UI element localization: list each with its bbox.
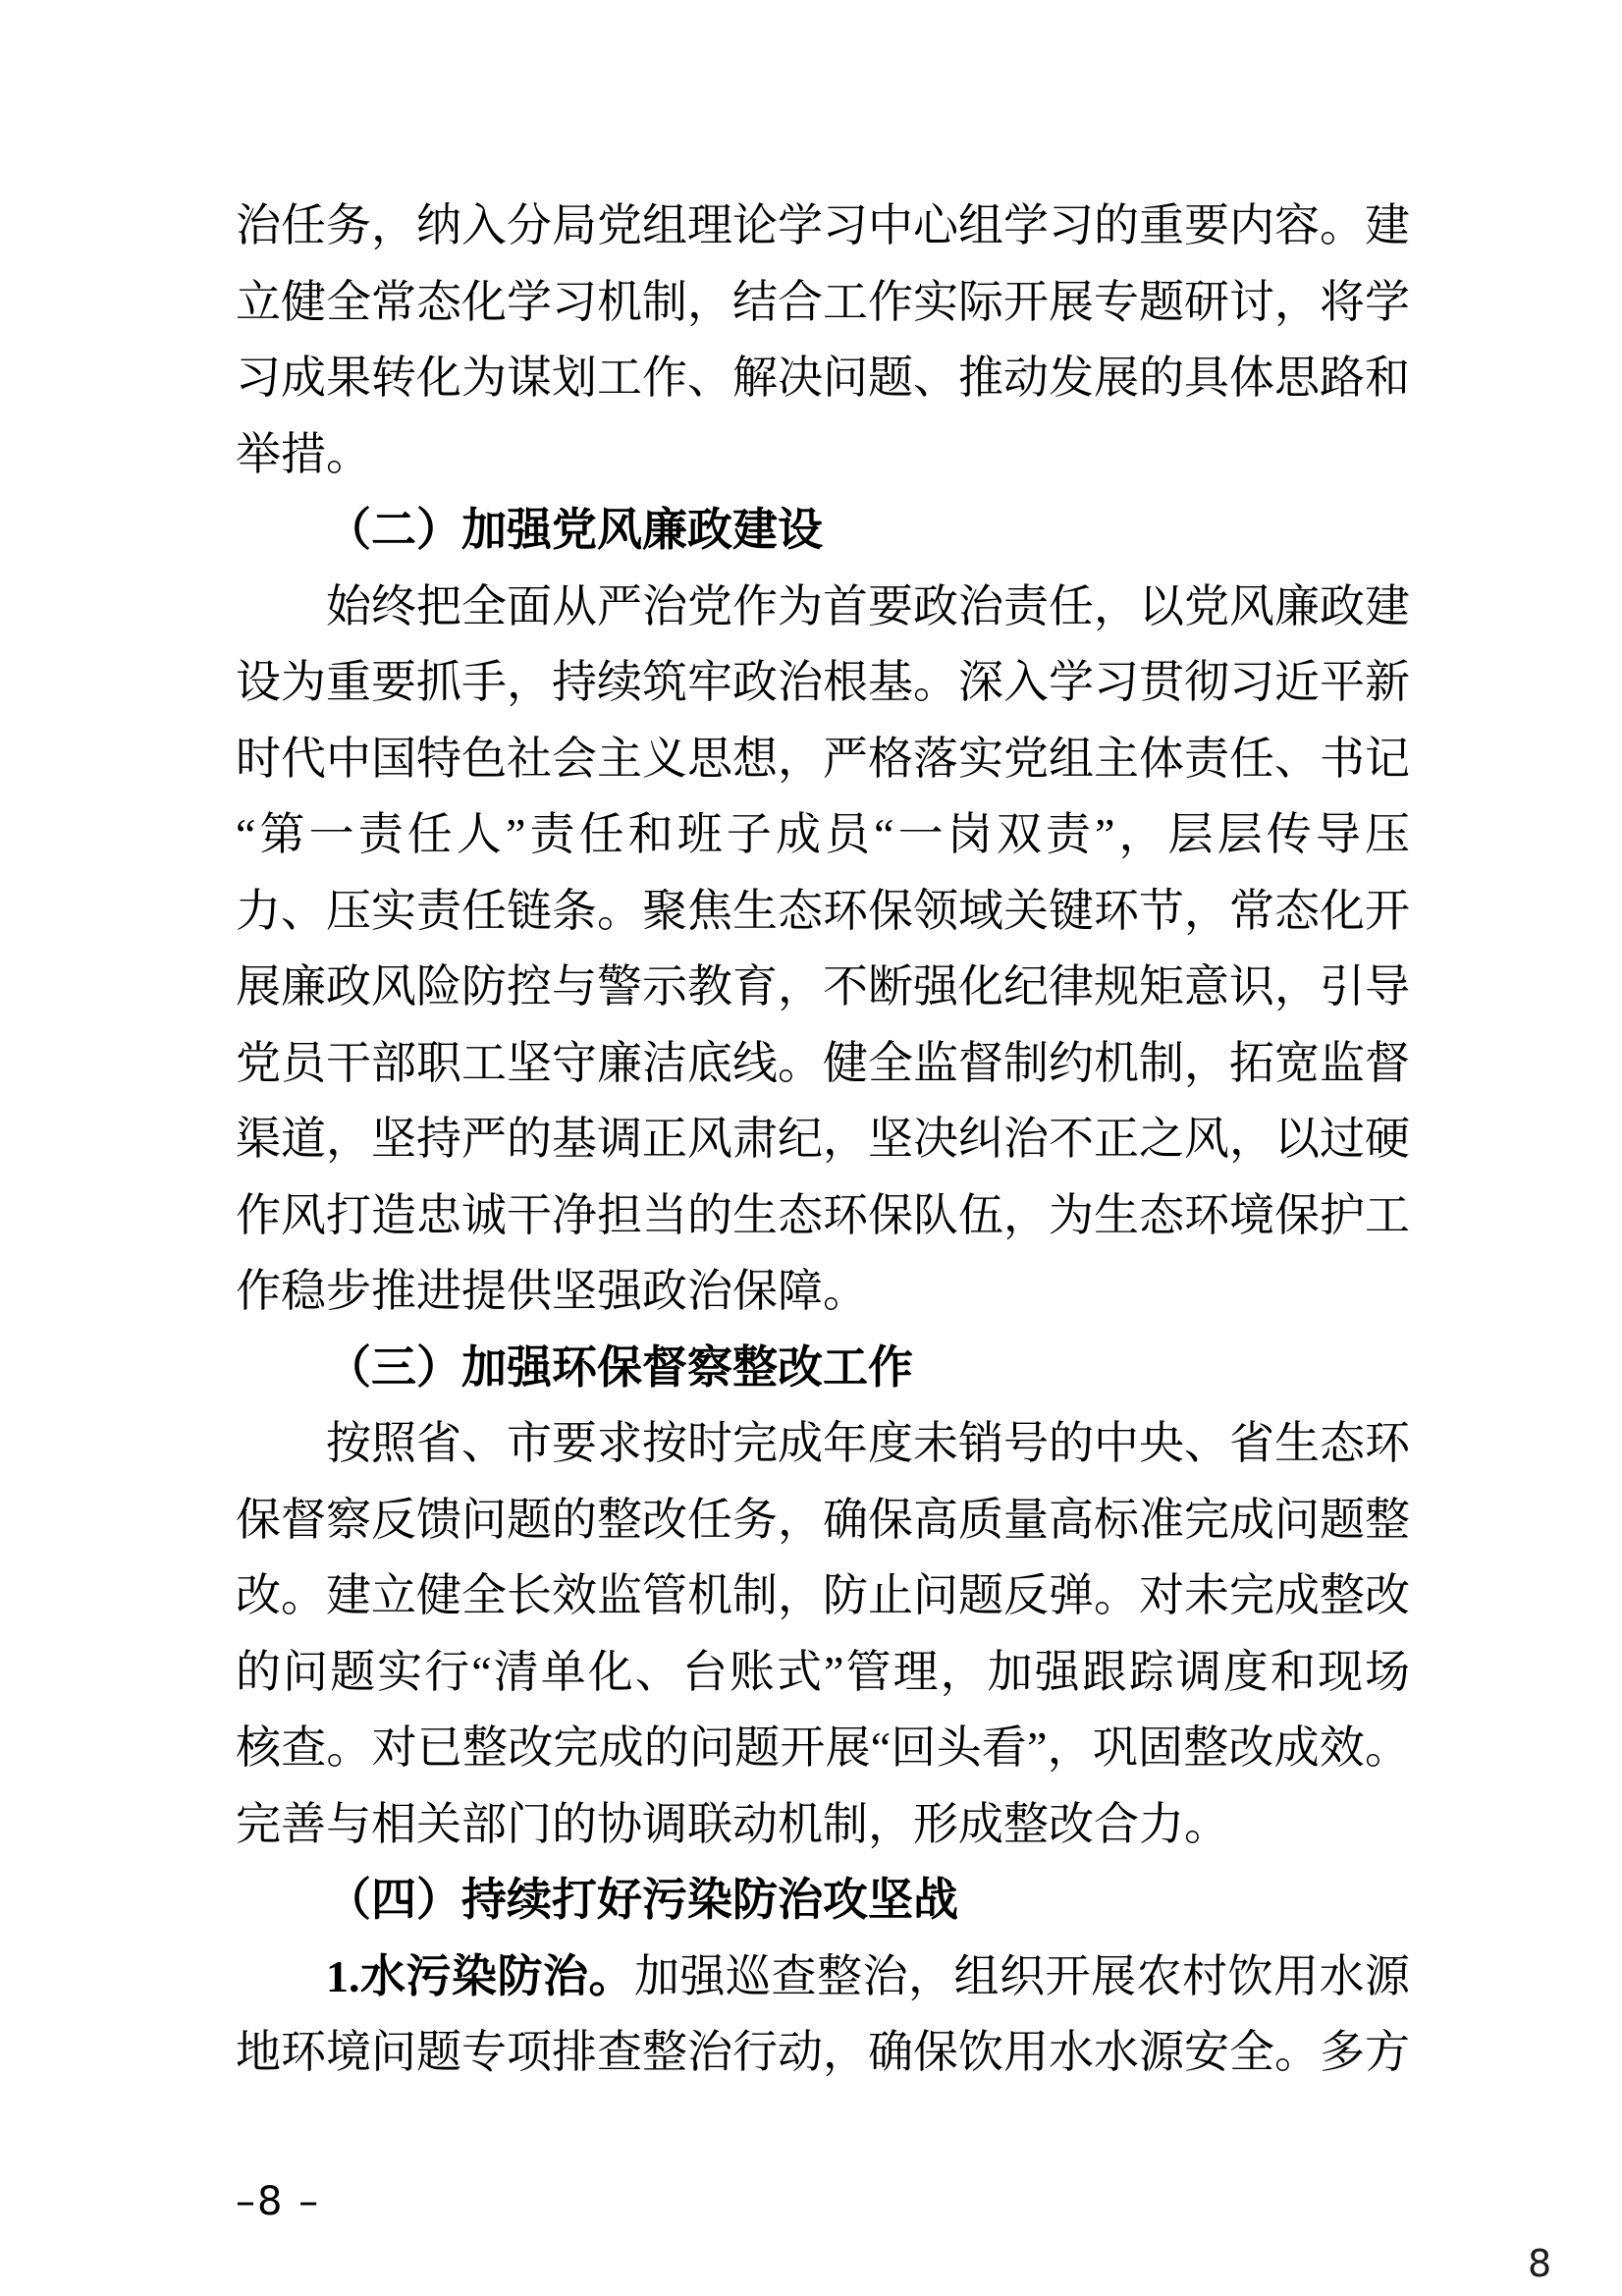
footer-page-number: –8 –: [236, 2172, 320, 2231]
section-heading: （二）加强党风廉政建设: [236, 492, 1410, 569]
text-run: 的问题实行“清单化、台账式”管理，加强跟踪调度和现场: [236, 1647, 1410, 1697]
text-run: 作稳步推进提供坚强政治保障。: [236, 1266, 868, 1316]
text-line: 设为重要抓手，持续筑牢政治根基。深入学习贯彻习近平新: [236, 644, 1410, 721]
text-line: 举措。: [236, 416, 1410, 493]
text-line: 地环境问题专项排查整治行动，确保饮用水水源安全。多方: [236, 2014, 1410, 2091]
section-heading: （三）加强环保督察整改工作: [236, 1330, 1410, 1406]
document-page: 治任务，纳入分局党组理论学习中心组学习的重要内容。建立健全常态化学习机制，结合工…: [0, 0, 1622, 2296]
text-line: 1.水污染防治。加强巡查整治，组织开展农村饮用水源: [236, 1939, 1410, 2015]
text-line: 展廉政风险防控与警示教育，不断强化纪律规矩意识，引导: [236, 949, 1410, 1025]
text-run: 始终把全面从严治党作为首要政治责任，以党风廉政建: [326, 581, 1410, 631]
text-run: 举措。: [236, 429, 371, 479]
bold-run: 1.水污染防治。: [326, 1951, 634, 2001]
text-line: 渠道，坚持严的基调正风肃纪，坚决纠治不正之风，以过硬: [236, 1101, 1410, 1177]
text-run: （二）加强党风廉政建设: [326, 505, 823, 555]
text-run: （四）持续打好污染防治攻坚战: [326, 1875, 958, 1925]
text-line: 力、压实责任链条。聚焦生态环保领域关键环节，常态化开: [236, 873, 1410, 950]
text-run: 渠道，坚持严的基调正风肃纪，坚决纠治不正之风，以过硬: [236, 1114, 1410, 1164]
text-run: 地环境问题专项排查整治行动，确保饮用水水源安全。多方: [236, 2027, 1410, 2077]
text-line: 作风打造忠诚干净担当的生态环保队伍，为生态环境保护工: [236, 1177, 1410, 1254]
text-run: 保督察反馈问题的整改任务，确保高质量高标准完成问题整: [236, 1495, 1410, 1545]
text-line: 按照省、市要求按时完成年度未销号的中央、省生态环: [236, 1405, 1410, 1482]
text-line: 作稳步推进提供坚强政治保障。: [236, 1253, 1410, 1330]
text-line: 的问题实行“清单化、台账式”管理，加强跟踪调度和现场: [236, 1634, 1410, 1711]
text-run: 改。建立健全长效监管机制，防止问题反弹。对未完成整改: [236, 1570, 1410, 1620]
text-run: 按照省、市要求按时完成年度未销号的中央、省生态环: [326, 1418, 1410, 1468]
text-line: 立健全常态化学习机制，结合工作实际开展专题研讨，将学: [236, 264, 1410, 341]
text-run: 展廉政风险防控与警示教育，不断强化纪律规矩意识，引导: [236, 961, 1410, 1011]
text-line: 始终把全面从严治党作为首要政治责任，以党风廉政建: [236, 569, 1410, 645]
text-run: 核查。对已整改完成的问题开展“回头看”，巩固整改成效。: [236, 1722, 1410, 1773]
text-run: 立健全常态化学习机制，结合工作实际开展专题研讨，将学: [236, 277, 1410, 327]
text-line: 治任务，纳入分局党组理论学习中心组学习的重要内容。建: [236, 188, 1410, 264]
text-line: 核查。对已整改完成的问题开展“回头看”，巩固整改成效。: [236, 1710, 1410, 1786]
text-run: 加强巡查整治，组织开展农村饮用水源: [634, 1951, 1410, 2001]
text-run: 作风打造忠诚干净担当的生态环保队伍，为生态环境保护工: [236, 1190, 1410, 1240]
text-run: （三）加强环保督察整改工作: [326, 1342, 913, 1393]
text-line: 改。建立健全长效监管机制，防止问题反弹。对未完成整改: [236, 1558, 1410, 1634]
text-run: 时代中国特色社会主义思想，严格落实党组主体责任、书记: [236, 734, 1410, 784]
text-run: 完善与相关部门的协调联动机制，形成整改合力。: [236, 1799, 1229, 1849]
document-body: 治任务，纳入分局党组理论学习中心组学习的重要内容。建立健全常态化学习机制，结合工…: [236, 188, 1410, 2091]
section-heading: （四）持续打好污染防治攻坚战: [236, 1862, 1410, 1939]
text-run: 设为重要抓手，持续筑牢政治根基。深入学习贯彻习近平新: [236, 657, 1410, 707]
text-line: 习成果转化为谋划工作、解决问题、推动发展的具体思路和: [236, 340, 1410, 416]
text-line: 党员干部职工坚守廉洁底线。健全监督制约机制，拓宽监督: [236, 1025, 1410, 1102]
text-run: 治任务，纳入分局党组理论学习中心组学习的重要内容。建: [236, 200, 1410, 250]
corner-page-number: 8: [1528, 2241, 1551, 2286]
text-run: “第一责任人”责任和班子成员“一岗双责”，层层传导压: [236, 809, 1410, 859]
text-line: “第一责任人”责任和班子成员“一岗双责”，层层传导压: [236, 796, 1410, 873]
text-run: 党员干部职工坚守廉洁底线。健全监督制约机制，拓宽监督: [236, 1038, 1410, 1088]
text-line: 保督察反馈问题的整改任务，确保高质量高标准完成问题整: [236, 1482, 1410, 1558]
text-run: 力、压实责任链条。聚焦生态环保领域关键环节，常态化开: [236, 886, 1410, 936]
text-line: 完善与相关部门的协调联动机制，形成整改合力。: [236, 1786, 1410, 1863]
text-run: 习成果转化为谋划工作、解决问题、推动发展的具体思路和: [236, 353, 1410, 403]
text-line: 时代中国特色社会主义思想，严格落实党组主体责任、书记: [236, 721, 1410, 797]
